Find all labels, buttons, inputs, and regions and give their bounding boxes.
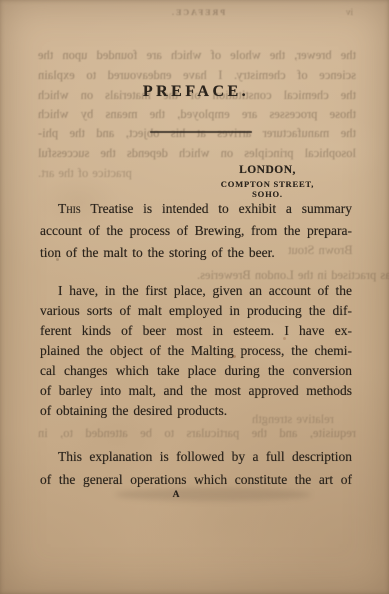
imprint-block: LONDON, COMPTON STREET, SOHO. — [205, 164, 330, 199]
signature-mark: A — [168, 490, 184, 500]
line-text: Treatise is intended to exhibit a summar… — [81, 201, 352, 216]
scanned-page: PREFACE. iv the brewer, the whole of whi… — [0, 0, 389, 594]
body-line: tion of the malt to the storing of the b… — [40, 244, 352, 261]
body-line: This Treatise is intended to exhibit a s… — [58, 200, 352, 217]
body-line: of obtaining the desired products. — [40, 402, 352, 419]
printed-text-layer: PREFACE. LONDON, COMPTON STREET, SOHO. T… — [0, 0, 389, 594]
lead-word: This — [58, 201, 81, 216]
imprint-city: LONDON, — [205, 164, 330, 176]
body-line: account of the process of Brewing, from … — [40, 222, 352, 239]
body-line: cal changes which take place during the … — [40, 362, 352, 379]
body-line: I have, in the first place, given an acc… — [58, 282, 352, 299]
body-line: of barley into malt, and the most approv… — [40, 382, 352, 399]
body-line: plained the object of the Malting proces… — [40, 342, 352, 359]
body-line: of the general operations which constitu… — [40, 471, 352, 488]
imprint-street: COMPTON STREET, SOHO. — [205, 179, 330, 199]
body-line: ferent kinds of beer most in esteem. I h… — [40, 322, 352, 339]
body-line: various sorts of malt employed in produc… — [40, 302, 352, 319]
body-line: This explanation is followed by a full d… — [58, 448, 352, 465]
page-title: PREFACE. — [40, 83, 352, 101]
